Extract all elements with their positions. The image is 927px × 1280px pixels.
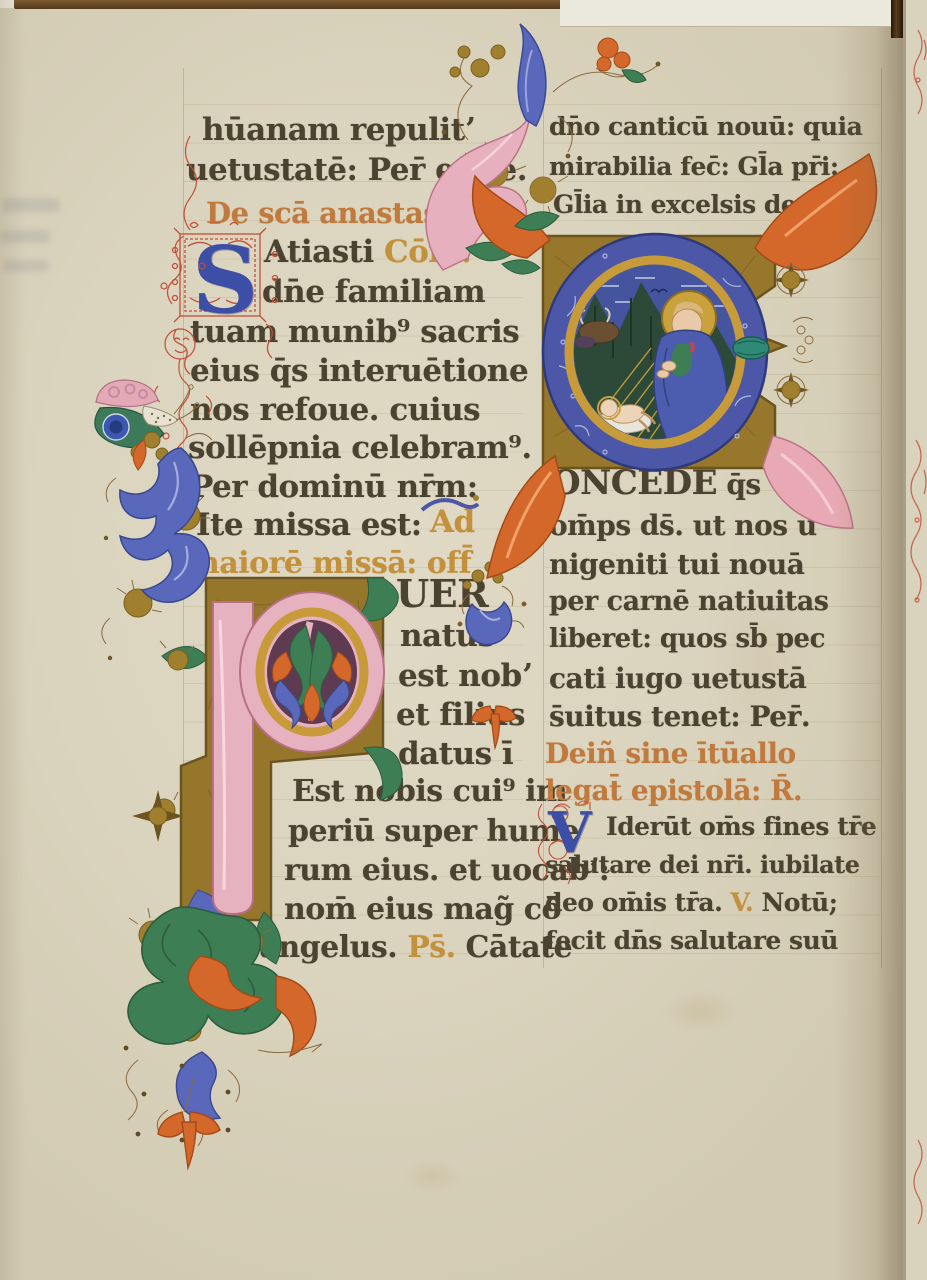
gold-besant-star [128,786,188,846]
text-segment: s̄uitus tenet: Per̄. [549,700,810,733]
foliate-border-bottom [78,880,368,1195]
binding-top-edge [14,0,562,9]
manuscript-photo: hūanam repulitʼuetustatē: Per̄ eūdē.De s… [0,0,927,1280]
text-segment: nos refoue. cuius [190,392,480,428]
manuscript-text-line-right-37: deo om̄is tr̄a. V. Notū; [545,890,837,916]
text-segment: Atiasti [264,234,384,270]
text-segment: Ps̄. [407,930,465,965]
manuscript-text-line-right-32: s̄uitus tenet: Per̄. [549,702,810,731]
parchment-stain [400,1158,464,1194]
text-segment: Deiñ sine ītūallo [545,737,796,770]
gutter-shadow [833,0,903,1280]
manuscript-text-line-right-30: liberet: quos sb̄ pec [549,626,825,653]
binding-clasp [891,0,903,38]
parchment-page: hūanam repulitʼuetustatē: Per̄ eūdē.De s… [0,8,903,1280]
text-segment: V. [731,888,762,917]
text-segment: dn̄e familiam [262,274,485,310]
parchment-stain [660,988,740,1034]
manuscript-text-line-left-10: Ite missa est: [196,509,422,542]
manuscript-text-line-right-31: cati iugo uetustā [549,664,806,693]
backdrop-top-right [560,0,903,27]
text-segment: liberet: quos sb̄ pec [549,624,825,654]
text-segment: Notū; [761,888,837,917]
manuscript-text-line-right-38: fecit dn̄s salutare suū [545,928,838,954]
text-segment: fecit dn̄s salutare suū [545,926,838,955]
left-edge-shadow [0,0,26,1280]
manuscript-text-line-right-33: Deiñ sine ītūallo [545,739,796,768]
manuscript-text-line-left-4: dn̄e familiam [262,276,485,309]
next-folio-edge [903,0,927,1280]
text-segment: deo om̄is tr̄a. [545,888,731,917]
initial-c-historiated [455,136,895,606]
next-folio-penwork [910,0,927,1280]
text-segment: Ite missa est: [196,507,422,543]
text-segment: cati iugo uetustā [549,662,806,695]
manuscript-text-line-left-7: nos refoue. cuius [190,394,480,427]
initial-v: V [548,800,591,866]
